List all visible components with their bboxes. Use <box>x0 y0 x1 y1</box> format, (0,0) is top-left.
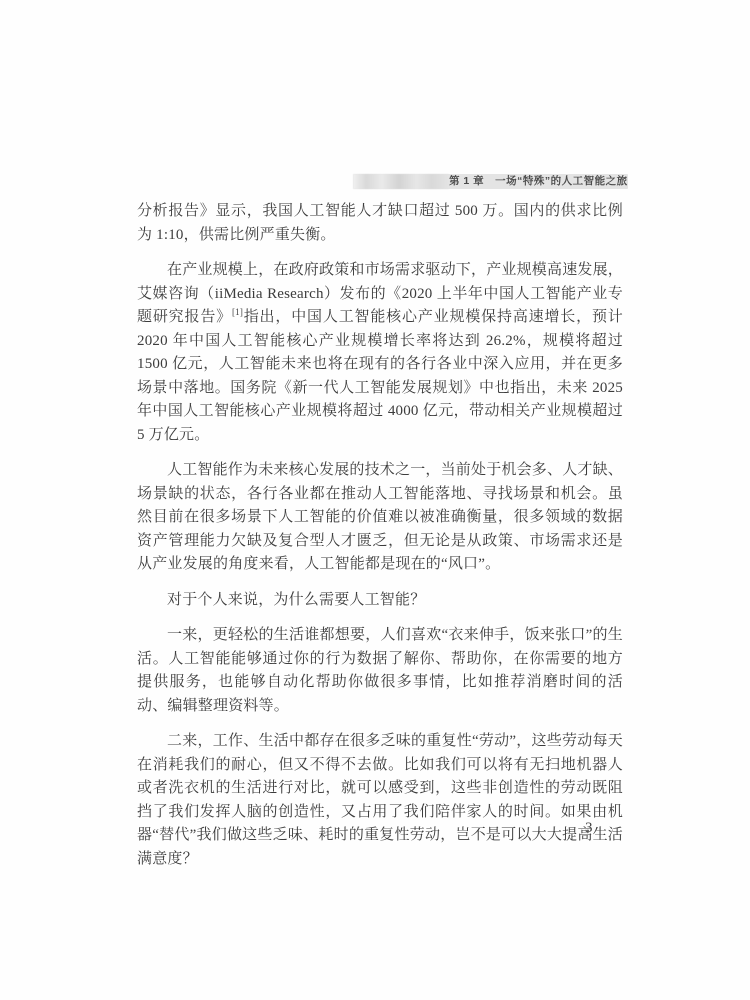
book-page: 第 1 章 一场“特殊”的人工智能之旅 分析报告》显示，我国人工智能人才缺口超过… <box>0 0 750 1000</box>
body-paragraph-3: 人工智能作为未来核心发展的技术之一，当前处于机会多、人才缺、场景缺的状态，各行各… <box>137 459 623 577</box>
footnote-reference: [1] <box>232 307 243 317</box>
body-paragraph-1: 分析报告》显示，我国人工智能人才缺口超过 500 万。国内的供求比例为 1:10… <box>137 200 623 247</box>
paragraph-2-continuation: 指出，中国人工智能核心产业规模保持高速增长，预计 2020 年中国人工智能核心产… <box>137 309 623 443</box>
body-text-block: 分析报告》显示，我国人工智能人才缺口超过 500 万。国内的供求比例为 1:10… <box>137 200 623 883</box>
body-paragraph-2: 在产业规模上，在政府政策和市场需求驱动下，产业规模高速发展，艾媒咨询（iiMed… <box>137 259 623 447</box>
body-paragraph-6: 二来，工作、生活中都存在很多乏味的重复性“劳动”，这些劳动每天在消耗我们的耐心，… <box>137 730 623 871</box>
chapter-header-bar: 第 1 章 一场“特殊”的人工智能之旅 <box>353 174 628 189</box>
body-paragraph-5: 一来，更轻松的生活谁都想要，人们喜欢“衣来伸手，饭来张口”的生活。人工智能能够通… <box>137 624 623 718</box>
chapter-title: 第 1 章 一场“特殊”的人工智能之旅 <box>449 174 633 189</box>
page-number: 3 <box>585 820 593 837</box>
body-paragraph-4: 对于个人来说，为什么需要人工智能？ <box>137 589 623 613</box>
header-gradient-decoration <box>353 174 449 189</box>
